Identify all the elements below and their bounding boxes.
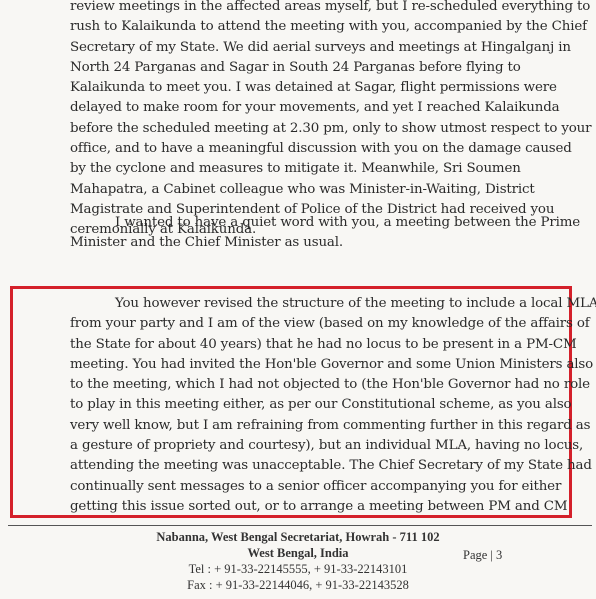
text-line: delayed to make room for your movements,… [70, 98, 452, 118]
text-line: meeting. You had invited the Hon'ble Gov… [70, 355, 452, 375]
footer-address-line-2: West Bengal, India [0, 546, 596, 561]
text-line: Kalaikunda to meet you. I was detained a… [70, 78, 452, 98]
text-line: You however revised the structure of the… [70, 294, 452, 314]
text-line: a gesture of propriety and courtesy), bu… [70, 436, 452, 456]
text-line: to the meeting, which I had not objected… [70, 375, 452, 395]
text-line: continually sent messages to a senior of… [70, 477, 452, 497]
footer-fax: Fax : + 91-33-22144046, + 91-33-22143528 [0, 578, 596, 593]
text-line: Mahapatra, a Cabinet colleague who was M… [70, 180, 452, 200]
text-line: Secretary of my State. We did aerial sur… [70, 38, 452, 58]
text-line: I wanted to have a quiet word with you, … [70, 213, 452, 233]
text-line: from your party and I am of the view (ba… [70, 314, 452, 334]
footer-address-line-1: Nabanna, West Bengal Secretariat, Howrah… [0, 530, 596, 545]
text-line: to play in this meeting either, as per o… [70, 395, 452, 415]
text-line: by the cyclone and measures to mitigate … [70, 159, 452, 179]
text-line: very well know, but I am refraining from… [70, 416, 452, 436]
text-line: Minister and the Chief Minister as usual… [70, 233, 452, 253]
paragraph-highlighted-mla: You however revised the structure of the… [70, 294, 452, 517]
text-line: attending the meeting was unacceptable. … [70, 456, 452, 476]
footer-divider [8, 525, 592, 526]
text-line: rush to Kalaikunda to attend the meeting… [70, 17, 452, 37]
text-line: office, and to have a meaningful discuss… [70, 139, 452, 159]
text-line: getting this issue sorted out, or to arr… [70, 497, 452, 517]
text-line: North 24 Parganas and Sagar in South 24 … [70, 58, 452, 78]
letter-page: review meetings in the affected areas my… [0, 0, 596, 599]
page-number: Page | 3 [463, 548, 502, 563]
paragraph-cyclone-visit: review meetings in the affected areas my… [70, 0, 452, 241]
text-line: the State for about 40 years) that he ha… [70, 335, 452, 355]
text-line: before the scheduled meeting at 2.30 pm,… [70, 119, 452, 139]
text-line: review meetings in the affected areas my… [70, 0, 452, 17]
paragraph-quiet-word: I wanted to have a quiet word with you, … [70, 213, 452, 254]
footer-telephone: Tel : + 91-33-22145555, + 91-33-22143101 [0, 562, 596, 577]
